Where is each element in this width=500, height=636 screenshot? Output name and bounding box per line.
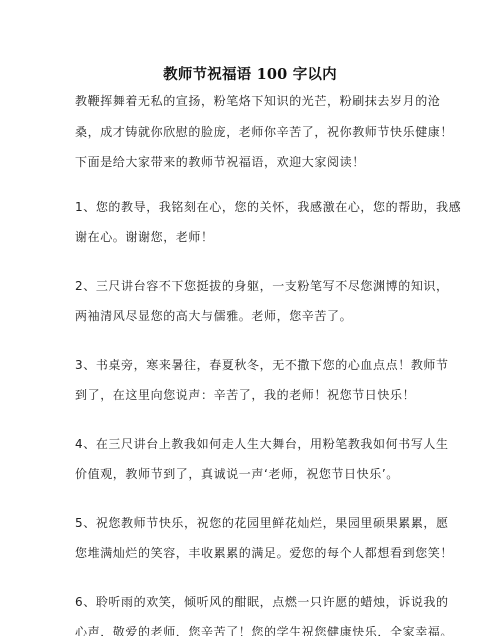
intro-line-1: 教鞭挥舞着无私的宣扬，粉笔烙下知识的光芒，粉刷抹去岁月的沧 xyxy=(75,92,440,109)
item-4-line-2: 价值观，教师节到了，真诚说一声‘老师，祝您节日快乐’。 xyxy=(75,465,399,482)
item-1-line-1: 1、您的教导，我铭刻在心，您的关怀，我感激在心，您的帮助，我感 xyxy=(75,198,461,215)
document-page: 教师节祝福语 100 字以内 教鞭挥舞着无私的宣扬，粉笔烙下知识的光芒，粉刷抹去… xyxy=(0,0,500,636)
intro-line-2: 桑，成才铸就你欣慰的脸庞，老师你辛苦了，祝你教师节快乐健康！ xyxy=(75,123,453,140)
item-6-line-2: 心声，敬爱的老师，您辛苦了！您的学生祝您健康快乐，全家幸福。 xyxy=(75,623,453,636)
document-title: 教师节祝福语 100 字以内 xyxy=(0,63,500,84)
item-2-line-1: 2、三尺讲台容不下您挺拔的身躯，一支粉笔写不尽您渊博的知识， xyxy=(75,277,449,294)
intro-line-3: 下面是给大家带来的教师节祝福语，欢迎大家阅读！ xyxy=(75,153,365,170)
item-5-line-2: 您堆满灿烂的笑容，丰收累累的满足。爱您的每个人都想看到您笑！ xyxy=(75,544,453,561)
item-3-line-2: 到了，在这里向您说声：辛苦了，我的老师！祝您节日快乐！ xyxy=(75,386,415,403)
item-3-line-1: 3、书桌旁，寒来暑往，春夏秋冬，无不撒下您的心血点点！教师节 xyxy=(75,356,449,373)
item-5-line-1: 5、祝您教师节快乐，祝您的花园里鲜花灿烂，果园里硕果累累，愿 xyxy=(75,514,449,531)
item-4-line-1: 4、在三尺讲台上教我如何走人生大舞台，用粉笔教我如何书写人生 xyxy=(75,435,449,452)
item-2-line-2: 两袖清风尽显您的高大与儒雅。老师，您辛苦了。 xyxy=(75,307,352,324)
item-6-line-1: 6、聆听雨的欢笑，倾听风的酣眠，点燃一只许愿的蜡烛，诉说我的 xyxy=(75,593,449,610)
item-1-line-2: 谢在心。谢谢您，老师！ xyxy=(75,228,214,245)
